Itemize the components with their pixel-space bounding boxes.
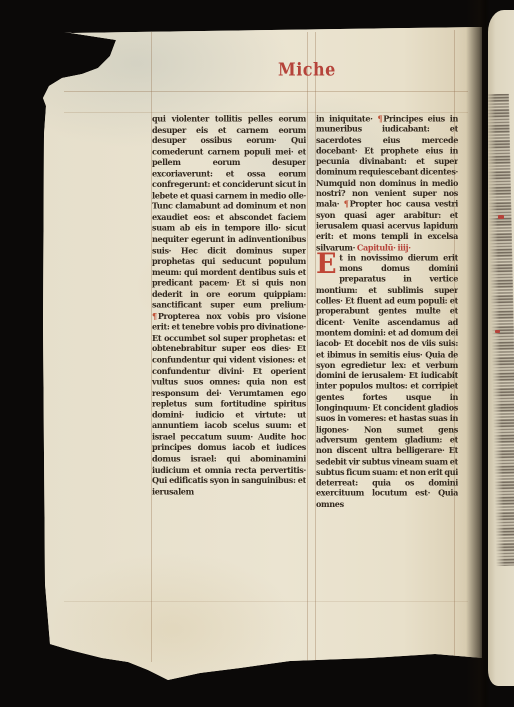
manuscript-photo: Miche qui violenter tollitis pelles eoru… bbox=[0, 0, 514, 707]
right-column-text: in iniquitate· ¶Principes eius in muneri… bbox=[316, 113, 458, 252]
ruling-line-horizontal bbox=[64, 601, 468, 602]
chapter-paragraph: Et in novissimo dierum erit mons domus d… bbox=[316, 252, 458, 509]
manuscript-page: Miche qui violenter tollitis pelles eoru… bbox=[40, 24, 482, 682]
text-column-right: in iniquitate· ¶Principes eius in muneri… bbox=[316, 113, 458, 571]
text-segment: Principes eius in muneribus iudicabant: … bbox=[316, 113, 458, 209]
chapter-rubric: Capitulū· iiij· bbox=[357, 242, 411, 252]
facing-page-text-texture bbox=[486, 94, 514, 566]
facing-page-rubric-fleck bbox=[498, 215, 504, 219]
left-column-text: qui violenter tollitis pelles eorum desu… bbox=[152, 113, 306, 497]
ruling-line-vertical bbox=[307, 32, 308, 662]
ruling-line-horizontal bbox=[64, 91, 468, 92]
text-segment: qui violenter tollitis pelles eorum desu… bbox=[152, 113, 306, 310]
text-segment: in iniquitate· bbox=[316, 113, 377, 123]
facing-page-edge bbox=[488, 10, 514, 686]
running-title: Miche bbox=[278, 59, 368, 80]
chapter-text: t in novissimo dierum erit mons domus do… bbox=[316, 252, 458, 509]
chapter-initial-letter: E bbox=[316, 252, 339, 275]
text-column-left: qui violenter tollitis pelles eorum desu… bbox=[152, 113, 306, 571]
facing-page-rubric-fleck bbox=[495, 330, 500, 333]
text-segment: Propterea nox vobis pro visione erit: et… bbox=[152, 310, 306, 496]
